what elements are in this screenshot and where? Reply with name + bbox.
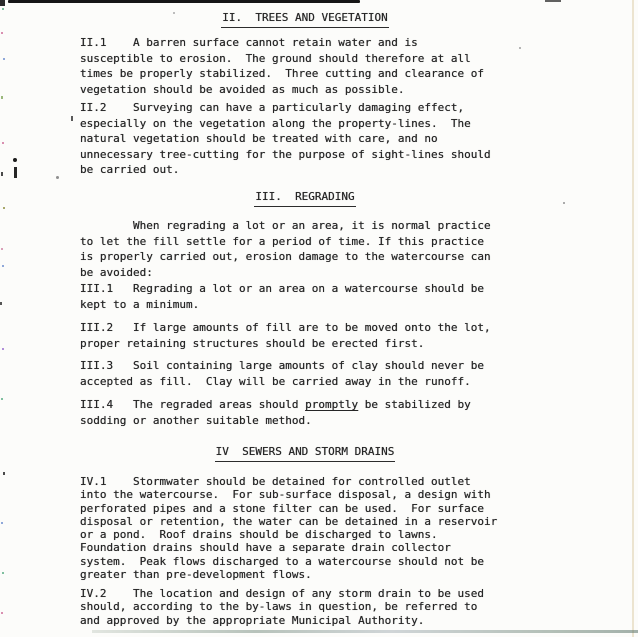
- scan-speckle: [3, 58, 5, 60]
- paragraph-II-1: II.1 A barren surface cannot retain wate…: [80, 35, 484, 97]
- scan-artifact-top-dash: [545, 0, 561, 2]
- scan-speckle: [3, 472, 5, 475]
- scan-speckle: [56, 176, 59, 179]
- section-heading-trees-and-vegetation: II. TREES AND VEGETATION: [0, 11, 610, 28]
- scan-artifact-right-edge-line: [632, 0, 634, 637]
- paragraph-IV-1: IV.1 Stormwater should be detained for c…: [80, 475, 497, 581]
- scan-speckle: [563, 202, 565, 204]
- scan-speckle: [1, 248, 3, 250]
- underlined-word-promptly: promptly: [305, 398, 358, 411]
- scan-speckle: [519, 47, 521, 49]
- scan-speckle: [1, 32, 3, 34]
- scan-speckle: [0, 302, 2, 305]
- scan-speckle: [3, 207, 5, 209]
- paragraph-III-1: III.1 Regrading a lot or an area on a wa…: [80, 281, 484, 312]
- paragraph-III-4-before: III.4 The regraded areas should: [80, 398, 305, 411]
- scan-artifact-corner-mark: [0, 0, 5, 6]
- scan-speckle: [173, 12, 175, 14]
- section-heading-sewers-and-storm-drains: IV SEWERS AND STORM DRAINS: [0, 445, 610, 462]
- document-page: II. TREES AND VEGETATION II.1 A barren s…: [0, 0, 638, 637]
- scan-speckle: [13, 158, 17, 162]
- heading-text: IV SEWERS AND STORM DRAINS: [215, 445, 396, 462]
- paragraph-III-intro: When regrading a lot or an area, it is n…: [80, 218, 491, 280]
- scan-speckle: [2, 142, 4, 144]
- scan-speckle: [1, 96, 3, 99]
- scan-speckle: [1, 172, 3, 176]
- scan-speckle: [2, 8, 4, 10]
- paragraph-III-4: III.4 The regraded areas should promptly…: [80, 397, 471, 428]
- scan-speckle: [71, 116, 73, 121]
- scan-artifact-top-line: [8, 0, 360, 3]
- scan-speckle: [2, 265, 4, 267]
- heading-text: III. REGRADING: [254, 190, 355, 207]
- paragraph-II-2: II.2 Surveying can have a particularly d…: [80, 100, 491, 178]
- scan-speckle: [2, 348, 4, 350]
- heading-text: II. TREES AND VEGETATION: [221, 11, 389, 28]
- paragraph-III-2: III.2 If large amounts of fill are to be…: [80, 320, 491, 351]
- scan-speckle: [14, 167, 17, 178]
- scan-speckle: [2, 572, 4, 574]
- scan-artifact-bottom-streak: [92, 630, 638, 633]
- scan-speckle: [1, 522, 3, 524]
- section-heading-regrading: III. REGRADING: [0, 190, 610, 207]
- paragraph-IV-2: IV.2 The location and design of any stor…: [80, 587, 484, 627]
- scan-speckle: [1, 612, 3, 614]
- paragraph-III-3: III.3 Soil containing large amounts of c…: [80, 358, 484, 389]
- scan-speckle: [1, 398, 3, 400]
